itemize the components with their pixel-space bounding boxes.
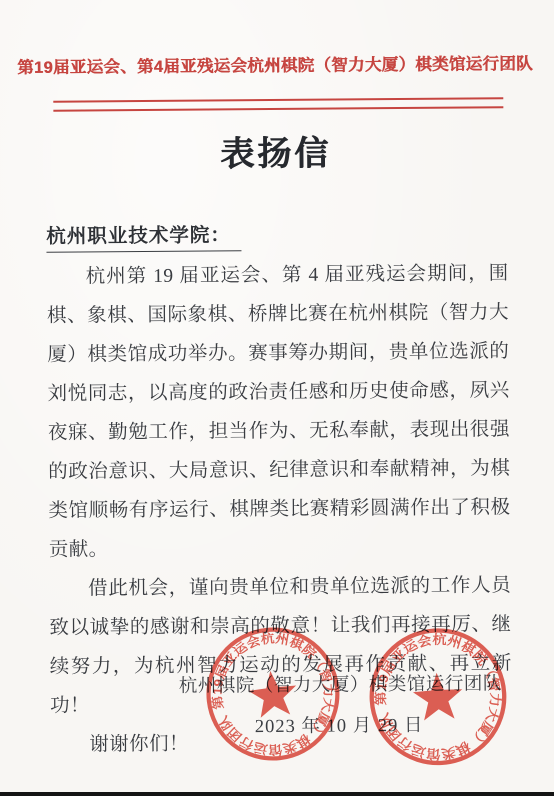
- page-title: 表扬信: [0, 124, 553, 177]
- signature-organization: 杭州棋院（智力大厦）棋类馆运行团队: [179, 669, 499, 698]
- letterhead-team-name: 第19届亚运会、第4届亚残运会杭州棋院（智力大厦）棋类馆运行团队: [0, 50, 552, 78]
- commendation-letter-page: 第19届亚运会、第4届亚残运会杭州棋院（智力大厦）棋类馆运行团队 表扬信 杭州职…: [0, 0, 554, 796]
- scanner-edge-artifact: [0, 792, 554, 796]
- signature-date: 2023 年 10 月 29 日: [179, 710, 499, 739]
- letterhead-double-rule: [53, 97, 503, 112]
- paragraph: 杭州第 19 届亚运会、第 4 届亚残运会期间，围棋、象棋、国际象棋、桥牌比赛在…: [47, 254, 511, 570]
- signature-block: 杭州棋院（智力大厦）棋类馆运行团队 2023 年 10 月 29 日: [179, 669, 500, 739]
- salutation: 杭州职业技术学院：: [46, 219, 241, 253]
- scan-tilt-wrapper: 第19届亚运会、第4届亚残运会杭州棋院（智力大厦）棋类馆运行团队 表扬信 杭州职…: [0, 0, 554, 796]
